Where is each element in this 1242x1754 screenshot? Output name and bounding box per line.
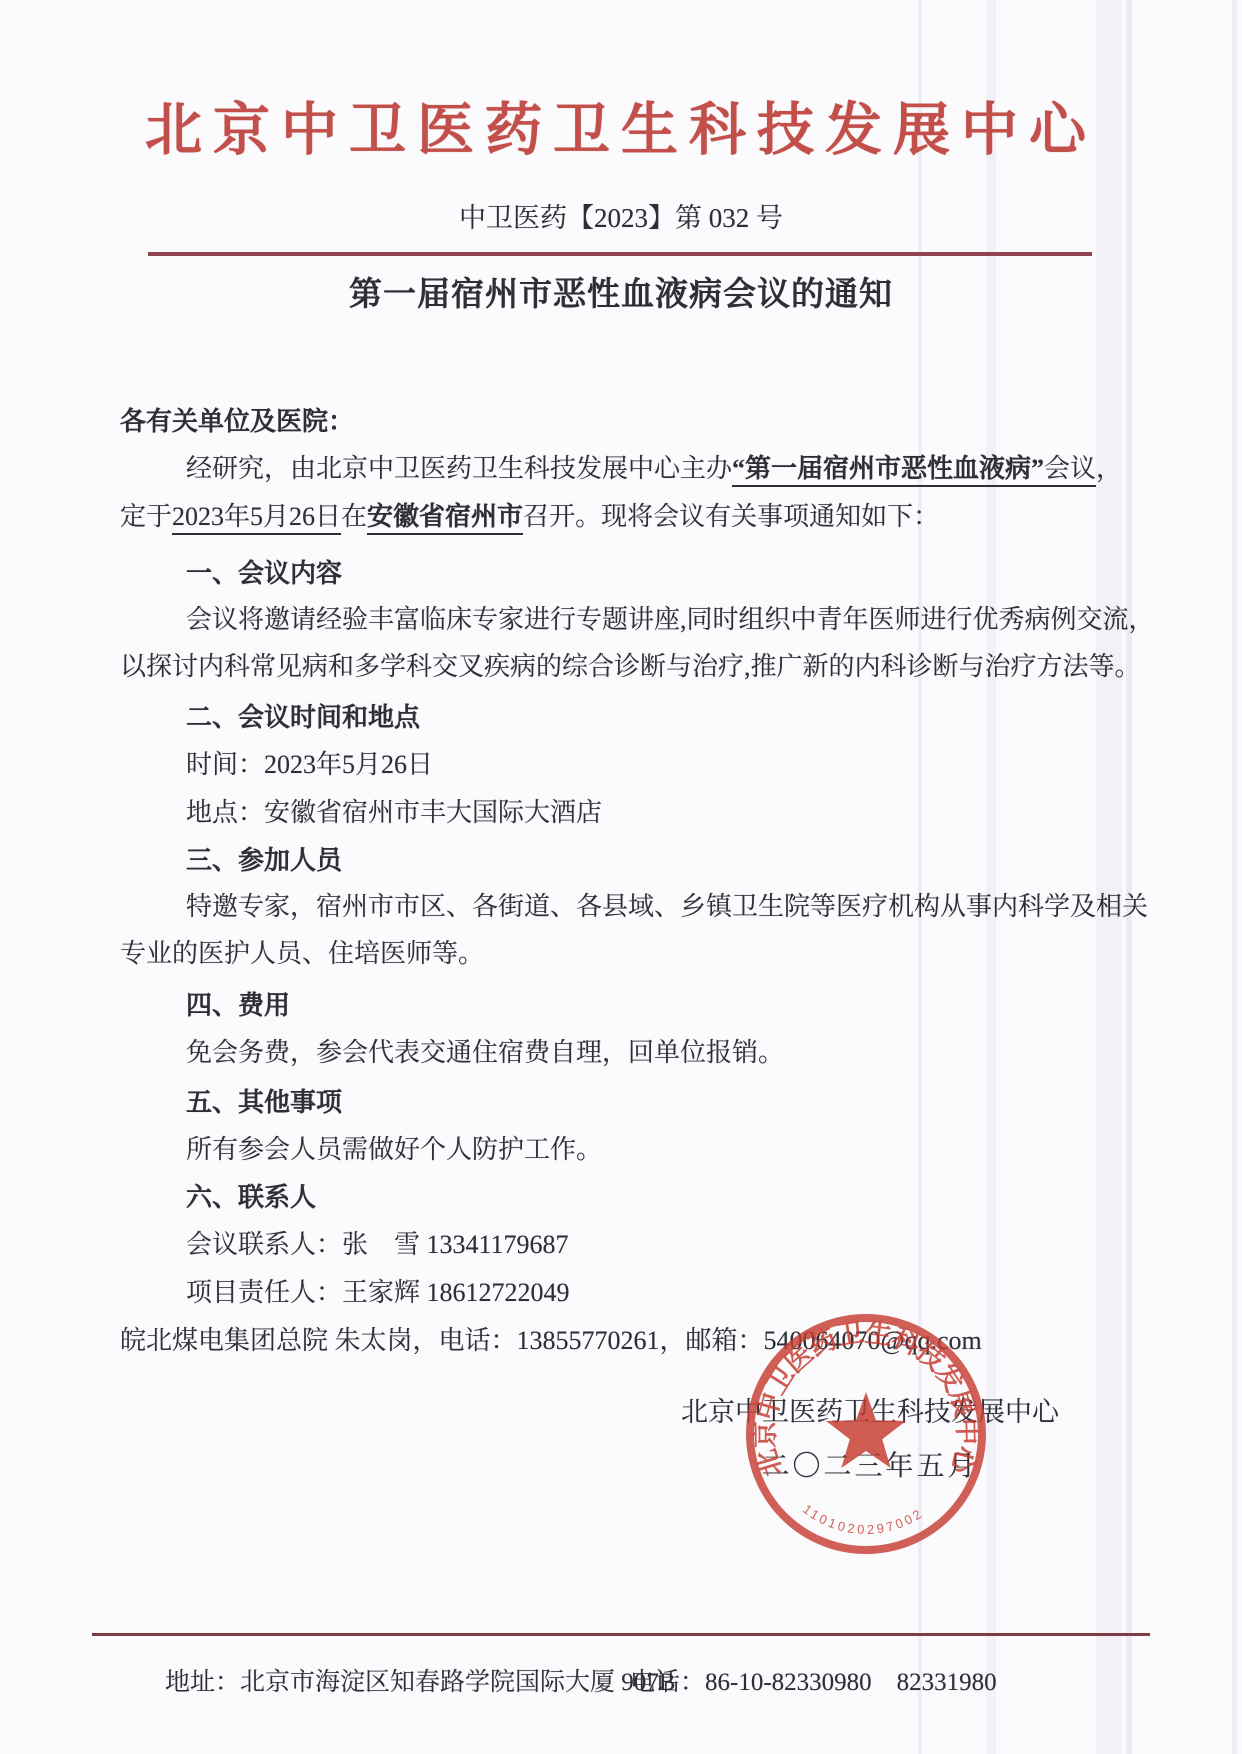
letterhead-divider-line: [148, 252, 1092, 256]
seal-star-icon: [826, 1392, 906, 1468]
letterhead-org-title: 北京中卫医药卫生科技发展中心: [0, 84, 1242, 166]
contact-project: 项目责任人：王家辉 18612722049: [186, 1276, 570, 1310]
scan-streak: [1232, 0, 1237, 1754]
footer-divider-line: [92, 1633, 1150, 1636]
seal-serial-number: 1101020297002: [800, 1501, 926, 1537]
intro-conference-word: 会议: [1044, 454, 1096, 487]
intro-line-1: 经研究，由北京中卫医药卫生科技发展中心主办“第一届宿州市恶性血液病”会议，: [186, 452, 1122, 486]
section-heading-4: 四、费用: [186, 988, 290, 1022]
intro-line-2-pre: 定于: [120, 502, 172, 531]
intro-location: 安徽省宿州市: [367, 502, 523, 535]
section-heading-2: 二、会议时间和地点: [186, 700, 420, 734]
intro-line-2-mid: 在: [341, 502, 367, 531]
section-1-line-1: 会议将邀请经验丰富临床专家进行专题讲座,同时组织中青年医师进行优秀病例交流，: [186, 603, 1155, 637]
scanned-notice-page: 北京中卫医药卫生科技发展中心 中卫医药【2023】第 032 号 第一届宿州市恶…: [0, 0, 1242, 1754]
intro-conference-name: “第一届宿州市恶性血液病”: [732, 454, 1044, 487]
official-seal-stamp: 北京中卫医药卫生科技发展中心 1101020297002: [736, 1304, 996, 1564]
section-3-line-2: 专业的医护人员、住培医师等。: [120, 937, 484, 971]
scan-streak: [1096, 0, 1122, 1754]
section-heading-5: 五、其他事项: [186, 1085, 342, 1119]
footer-phone: 电话：86-10-82330980 82331980: [630, 1662, 997, 1698]
salutation: 各有关单位及医院：: [120, 404, 354, 438]
intro-date: 2023年5月26日: [172, 502, 341, 535]
intro-line-2: 定于2023年5月26日在安徽省宿州市召开。现将会议有关事项通知如下：: [120, 500, 939, 534]
scan-streak: [1126, 0, 1132, 1754]
contact-meeting: 会议联系人：张 雪 13341179687: [186, 1228, 569, 1262]
section-heading-1: 一、会议内容: [186, 556, 342, 590]
section-2-time: 时间：2023年5月26日: [186, 748, 433, 782]
section-2-place: 地点：安徽省宿州市丰大国际大酒店: [186, 796, 602, 830]
section-3-line-1: 特邀专家，宿州市市区、各街道、各县域、乡镇卫生院等医疗机构从事内科学及相关: [186, 890, 1148, 924]
section-heading-3: 三、参加人员: [186, 843, 342, 877]
document-number: 中卫医药【2023】第 032 号: [0, 196, 1242, 235]
section-5-line-1: 所有参会人员需做好个人防护工作。: [186, 1133, 602, 1167]
intro-line-1-text: 经研究，由北京中卫医药卫生科技发展中心主办: [186, 454, 732, 483]
intro-line-2-tail: 召开。现将会议有关事项通知如下：: [523, 502, 939, 531]
notice-title: 第一届宿州市恶性血液病会议的通知: [0, 268, 1242, 315]
section-heading-6: 六、联系人: [186, 1180, 316, 1214]
intro-line-1-tail: ，: [1096, 454, 1122, 483]
section-4-line-1: 免会务费，参会代表交通住宿费自理，回单位报销。: [186, 1036, 784, 1070]
footer-address: 地址：北京市海淀区知春路学院国际大厦 907B: [165, 1662, 675, 1698]
section-1-line-2: 以探讨内科常见病和多学科交叉疾病的综合诊断与治疗,推广新的内科诊断与治疗方法等。: [120, 650, 1141, 684]
